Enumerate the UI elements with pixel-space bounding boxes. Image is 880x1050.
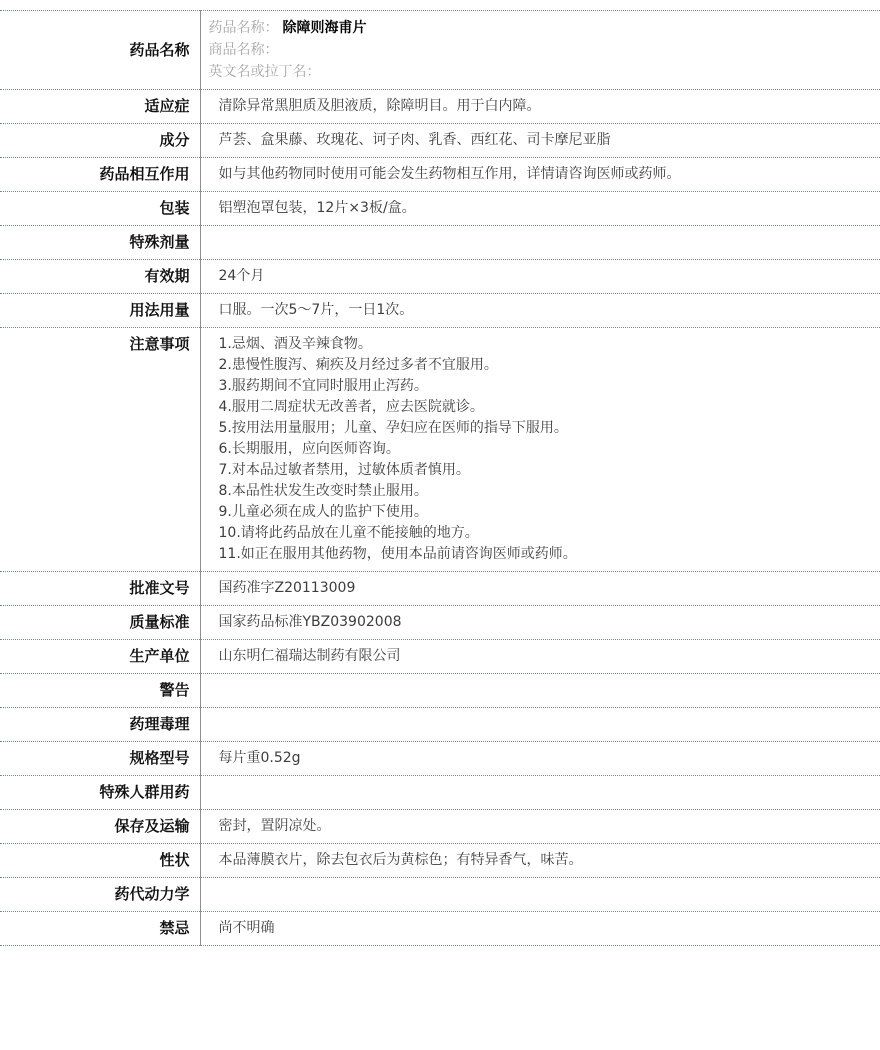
row-value: 尚不明确	[200, 912, 880, 946]
precaution-item: 7.对本品过敏者禁用，过敏体质者慎用。	[219, 460, 869, 481]
row-value: 芦荟、盒果藤、玫瑰花、诃子肉、乳香、西红花、司卡摩尼亚脂	[200, 124, 880, 158]
row-label: 适应症	[0, 90, 200, 124]
row-value	[200, 226, 880, 260]
table-row-warning: 警告	[0, 674, 880, 708]
row-label: 有效期	[0, 260, 200, 294]
precaution-item: 10.请将此药品放在儿童不能接触的地方。	[219, 523, 869, 544]
row-value	[200, 674, 880, 708]
table-row-quality-standard: 质量标准 国家药品标准YBZ03902008	[0, 606, 880, 640]
drug-info-table: 药品名称 药品名称：除障则海甫片 商品名称： 英文名或拉丁名： 适应症 清除异常…	[0, 10, 880, 946]
row-value: 密封，置阴凉处。	[200, 810, 880, 844]
row-value: 24个月	[200, 260, 880, 294]
row-label: 禁忌	[0, 912, 200, 946]
row-label: 规格型号	[0, 742, 200, 776]
row-label: 特殊人群用药	[0, 776, 200, 810]
latin-name-line: 英文名或拉丁名：	[209, 61, 869, 83]
precaution-item: 4.服用二周症状无改善者，应去医院就诊。	[219, 397, 869, 418]
table-row-shelf-life: 有效期 24个月	[0, 260, 880, 294]
table-row-dosage: 用法用量 口服。一次5～7片，一日1次。	[0, 294, 880, 328]
table-row-storage: 保存及运输 密封，置阴凉处。	[0, 810, 880, 844]
table-row-precautions: 注意事项 1.忌烟、酒及辛辣食物。 2.患慢性腹泻、痢疾及月经过多者不宜服用。 …	[0, 328, 880, 572]
precaution-item: 11.如正在服用其他药物，使用本品前请咨询医师或药师。	[219, 544, 869, 565]
row-label: 生产单位	[0, 640, 200, 674]
row-label: 警告	[0, 674, 200, 708]
table-row-pharmacology: 药理毒理	[0, 708, 880, 742]
row-value: 国家药品标准YBZ03902008	[200, 606, 880, 640]
row-label: 注意事项	[0, 328, 200, 572]
row-value	[200, 776, 880, 810]
precaution-item: 1.忌烟、酒及辛辣食物。	[219, 334, 869, 355]
precaution-item: 5.按用法用量服用；儿童、孕妇应在医师的指导下服用。	[219, 418, 869, 439]
row-value: 山东明仁福瑞达制药有限公司	[200, 640, 880, 674]
row-value: 如与其他药物同时使用可能会发生药物相互作用，详情请咨询医师或药师。	[200, 158, 880, 192]
table-row-special-dosage: 特殊剂量	[0, 226, 880, 260]
precaution-item: 8.本品性状发生改变时禁止服用。	[219, 481, 869, 502]
table-row-specification: 规格型号 每片重0.52g	[0, 742, 880, 776]
table-row-manufacturer: 生产单位 山东明仁福瑞达制药有限公司	[0, 640, 880, 674]
row-value: 口服。一次5～7片，一日1次。	[200, 294, 880, 328]
row-value: 清除异常黑胆质及胆液质，除障明目。用于白内障。	[200, 90, 880, 124]
row-label: 保存及运输	[0, 810, 200, 844]
drug-name-value: 除障则海甫片	[283, 20, 367, 36]
table-row-characteristics: 性状 本品薄膜衣片，除去包衣后为黄棕色；有特异香气，味苦。	[0, 844, 880, 878]
drug-info-page: 药品名称 药品名称：除障则海甫片 商品名称： 英文名或拉丁名： 适应症 清除异常…	[0, 0, 880, 1050]
table-row-special-populations: 特殊人群用药	[0, 776, 880, 810]
row-label: 包装	[0, 192, 200, 226]
table-row-contraindications: 禁忌 尚不明确	[0, 912, 880, 946]
field-prefix: 商品名称：	[209, 42, 279, 58]
precaution-item: 2.患慢性腹泻、痢疾及月经过多者不宜服用。	[219, 355, 869, 376]
row-value: 1.忌烟、酒及辛辣食物。 2.患慢性腹泻、痢疾及月经过多者不宜服用。 3.服药期…	[200, 328, 880, 572]
row-value: 药品名称：除障则海甫片 商品名称： 英文名或拉丁名：	[200, 11, 880, 90]
table-row-interactions: 药品相互作用 如与其他药物同时使用可能会发生药物相互作用，详情请咨询医师或药师。	[0, 158, 880, 192]
table-row-ingredients: 成分 芦荟、盒果藤、玫瑰花、诃子肉、乳香、西红花、司卡摩尼亚脂	[0, 124, 880, 158]
row-value	[200, 878, 880, 912]
row-value: 每片重0.52g	[200, 742, 880, 776]
trade-name-line: 商品名称：	[209, 39, 869, 61]
row-value	[200, 708, 880, 742]
table-row-pharmacokinetics: 药代动力学	[0, 878, 880, 912]
precaution-item: 9.儿童必须在成人的监护下使用。	[219, 502, 869, 523]
row-label: 特殊剂量	[0, 226, 200, 260]
precaution-item: 6.长期服用，应向医师咨询。	[219, 439, 869, 460]
row-label: 药代动力学	[0, 878, 200, 912]
drug-name-line: 药品名称：除障则海甫片	[209, 17, 869, 39]
table-row-packaging: 包装 铝塑泡罩包装，12片×3板/盒。	[0, 192, 880, 226]
row-label: 批准文号	[0, 572, 200, 606]
row-label: 性状	[0, 844, 200, 878]
row-label: 药理毒理	[0, 708, 200, 742]
row-label: 成分	[0, 124, 200, 158]
row-label: 质量标准	[0, 606, 200, 640]
table-row-drug-name: 药品名称 药品名称：除障则海甫片 商品名称： 英文名或拉丁名：	[0, 11, 880, 90]
table-row-approval-number: 批准文号 国药准字Z20113009	[0, 572, 880, 606]
table-row-indications: 适应症 清除异常黑胆质及胆液质，除障明目。用于白内障。	[0, 90, 880, 124]
row-label: 药品名称	[0, 11, 200, 90]
row-value: 铝塑泡罩包装，12片×3板/盒。	[200, 192, 880, 226]
field-prefix: 药品名称：	[209, 20, 279, 36]
row-value: 本品薄膜衣片，除去包衣后为黄棕色；有特异香气，味苦。	[200, 844, 880, 878]
field-prefix: 英文名或拉丁名：	[209, 64, 321, 80]
row-label: 用法用量	[0, 294, 200, 328]
row-value: 国药准字Z20113009	[200, 572, 880, 606]
precaution-item: 3.服药期间不宜同时服用止泻药。	[219, 376, 869, 397]
row-label: 药品相互作用	[0, 158, 200, 192]
